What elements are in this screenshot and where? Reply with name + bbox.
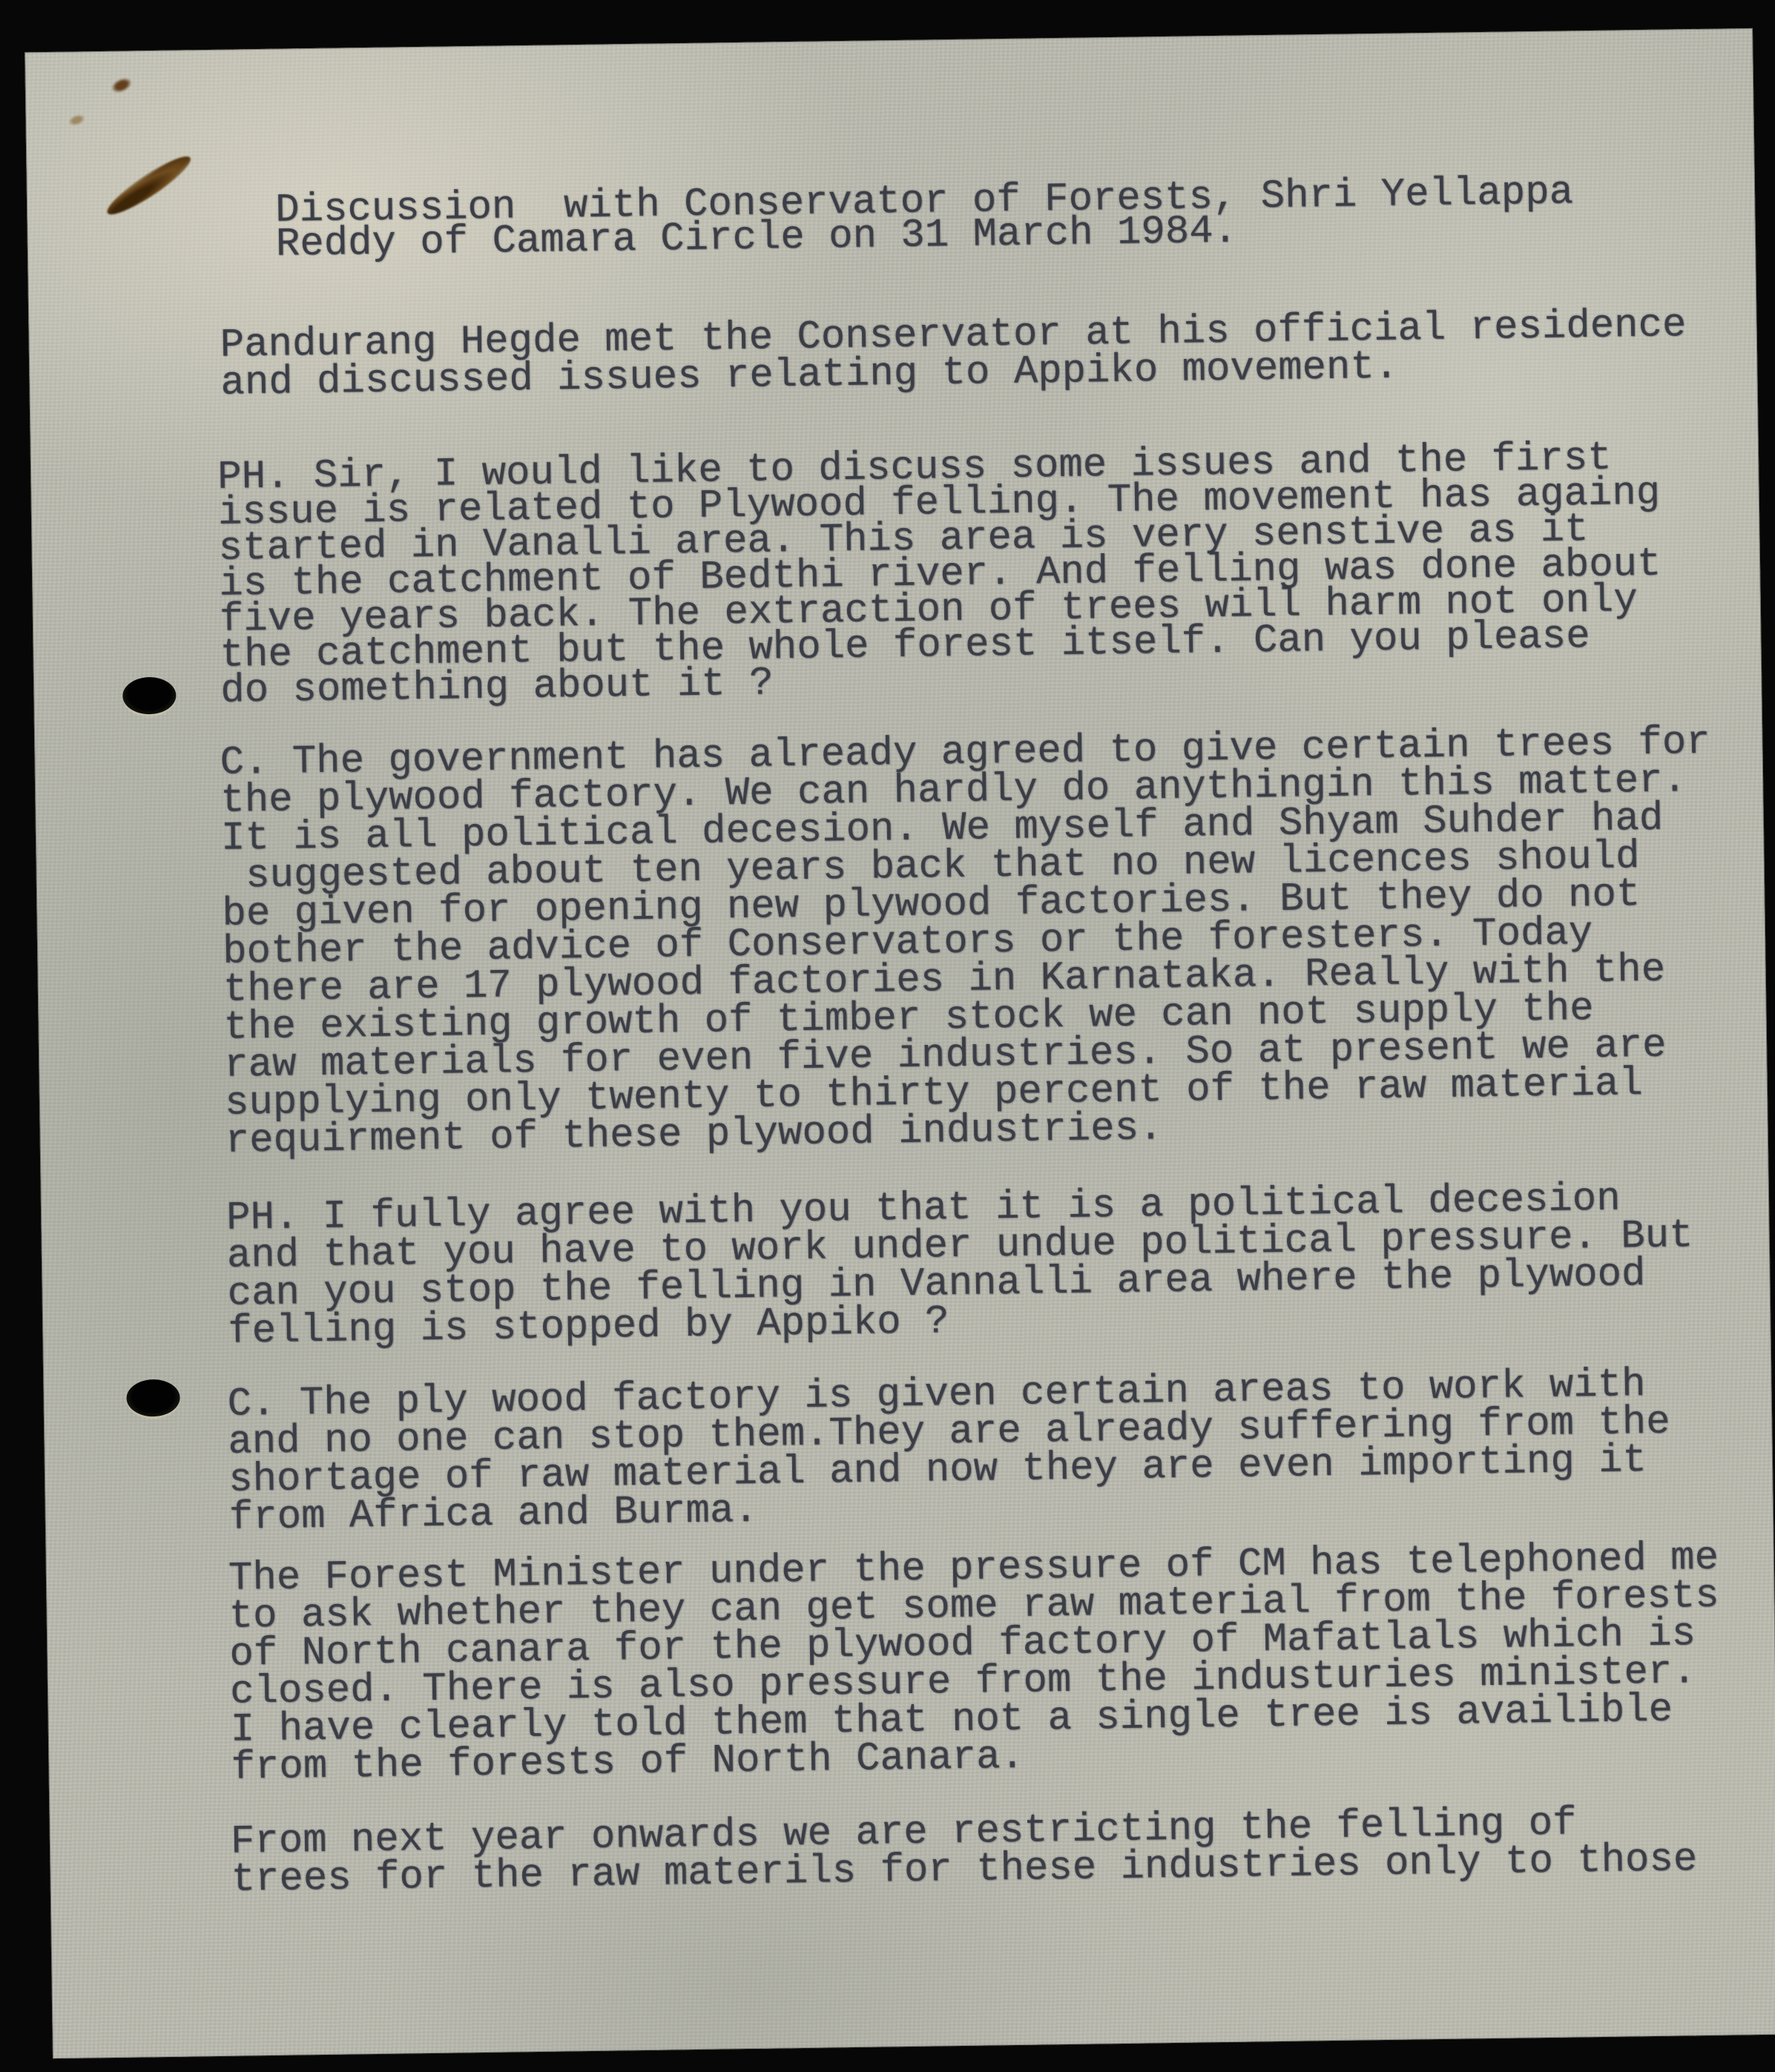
punch-hole-top: [122, 677, 177, 715]
paragraph-ph-question-1: PH. Sir, I would like to discuss some is…: [217, 441, 1663, 710]
paragraph-c-answer-1: C. The government has already agreed to …: [220, 724, 1716, 1161]
scan-background: Discussion with Conservator of Forests, …: [0, 0, 1775, 2072]
punch-hole-bottom: [126, 1379, 180, 1417]
paragraph-c-answer-2: C. The ply wood factory is given certain…: [227, 1366, 1671, 1537]
paragraph-ph-question-2: PH. I fully agree with you that it is a …: [226, 1179, 1694, 1351]
paragraph-restrictions: From next year onwards we are restrictin…: [231, 1803, 1698, 1899]
document-title: Discussion with Conservator of Forests, …: [275, 176, 1574, 262]
rust-streak: [102, 149, 196, 222]
rust-spot-faint: [67, 113, 86, 128]
paragraph-forest-minister: The Forest Minister under the pressure o…: [228, 1540, 1722, 1787]
paragraph-introduction: Pandurang Hegde met the Conservator at h…: [220, 306, 1687, 403]
rust-spot-small: [110, 75, 134, 95]
document-page: Discussion with Conservator of Forests, …: [24, 28, 1775, 2059]
